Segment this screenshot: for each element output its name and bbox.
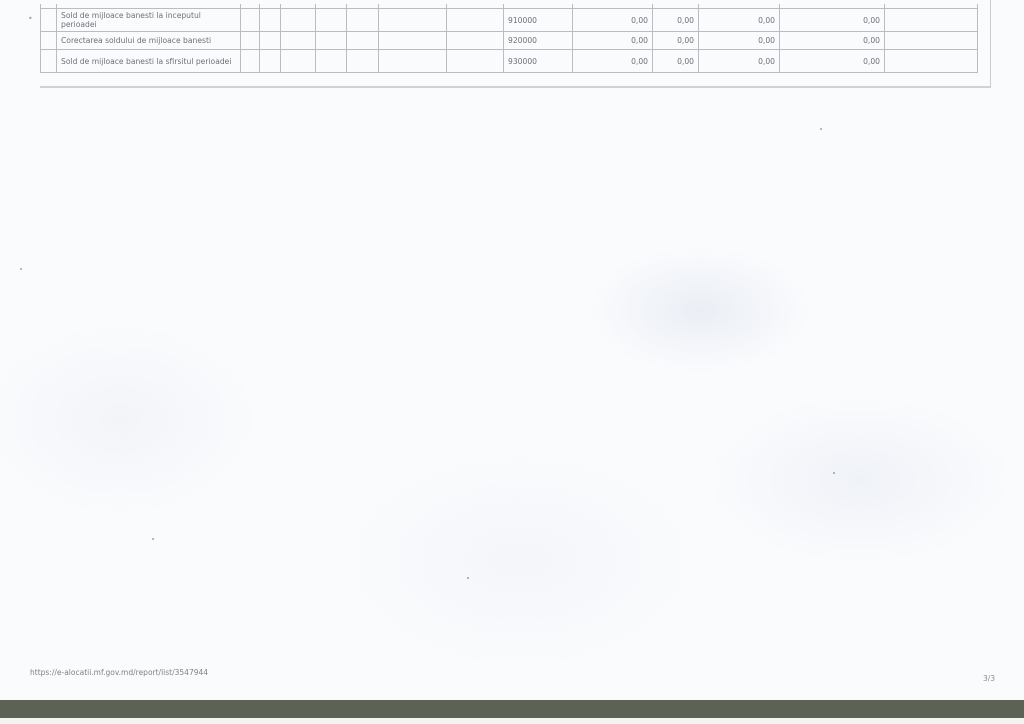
scan-speck [20,268,22,270]
value-cell: 0,00 [573,50,653,73]
scan-speck [152,538,154,540]
value-cell: 0,00 [780,32,885,50]
value-cell: 0,00 [780,50,885,73]
row-code: 920000 [504,32,573,50]
row-marker-cell [41,32,57,50]
value-cell: 0,00 [780,9,885,32]
row-marker-cell [41,9,57,32]
footer-url: https://e-alocatii.mf.gov.md/report/list… [30,668,208,677]
value-cell: 0,00 [699,32,780,50]
table-row: Sold de mijloace banesti la sfirsitul pe… [41,50,978,73]
value-cell: 0,00 [573,32,653,50]
row-code: 910000 [504,9,573,32]
value-cell: 0,00 [699,9,780,32]
value-cell: 0,00 [653,50,699,73]
value-cell: 0,00 [653,9,699,32]
scan-speck [820,128,822,130]
table-row: Sold de mijloace banesti la inceputul pe… [41,9,978,32]
scan-speck [467,577,469,579]
table-row: Corectarea soldului de mijloace banesti … [41,32,978,50]
scanner-edge-band [0,700,1024,718]
row-label: Sold de mijloace banesti la inceputul pe… [57,9,241,32]
row-label: Corectarea soldului de mijloace banesti [57,32,241,50]
scanned-page: • [0,0,1024,700]
row-marker-cell [41,50,57,73]
cash-balance-table: Sold de mijloace banesti la inceputul pe… [40,0,991,88]
scan-speck [833,472,835,474]
row-label: Sold de mijloace banesti la sfirsitul pe… [57,50,241,73]
scanner-edge-margin [0,718,1024,724]
value-cell: 0,00 [573,9,653,32]
page-number: 3/3 [983,674,995,683]
row-code: 930000 [504,50,573,73]
margin-mark: • [28,14,33,23]
value-cell: 0,00 [699,50,780,73]
report-table: Sold de mijloace banesti la inceputul pe… [40,4,978,73]
value-cell: 0,00 [653,32,699,50]
